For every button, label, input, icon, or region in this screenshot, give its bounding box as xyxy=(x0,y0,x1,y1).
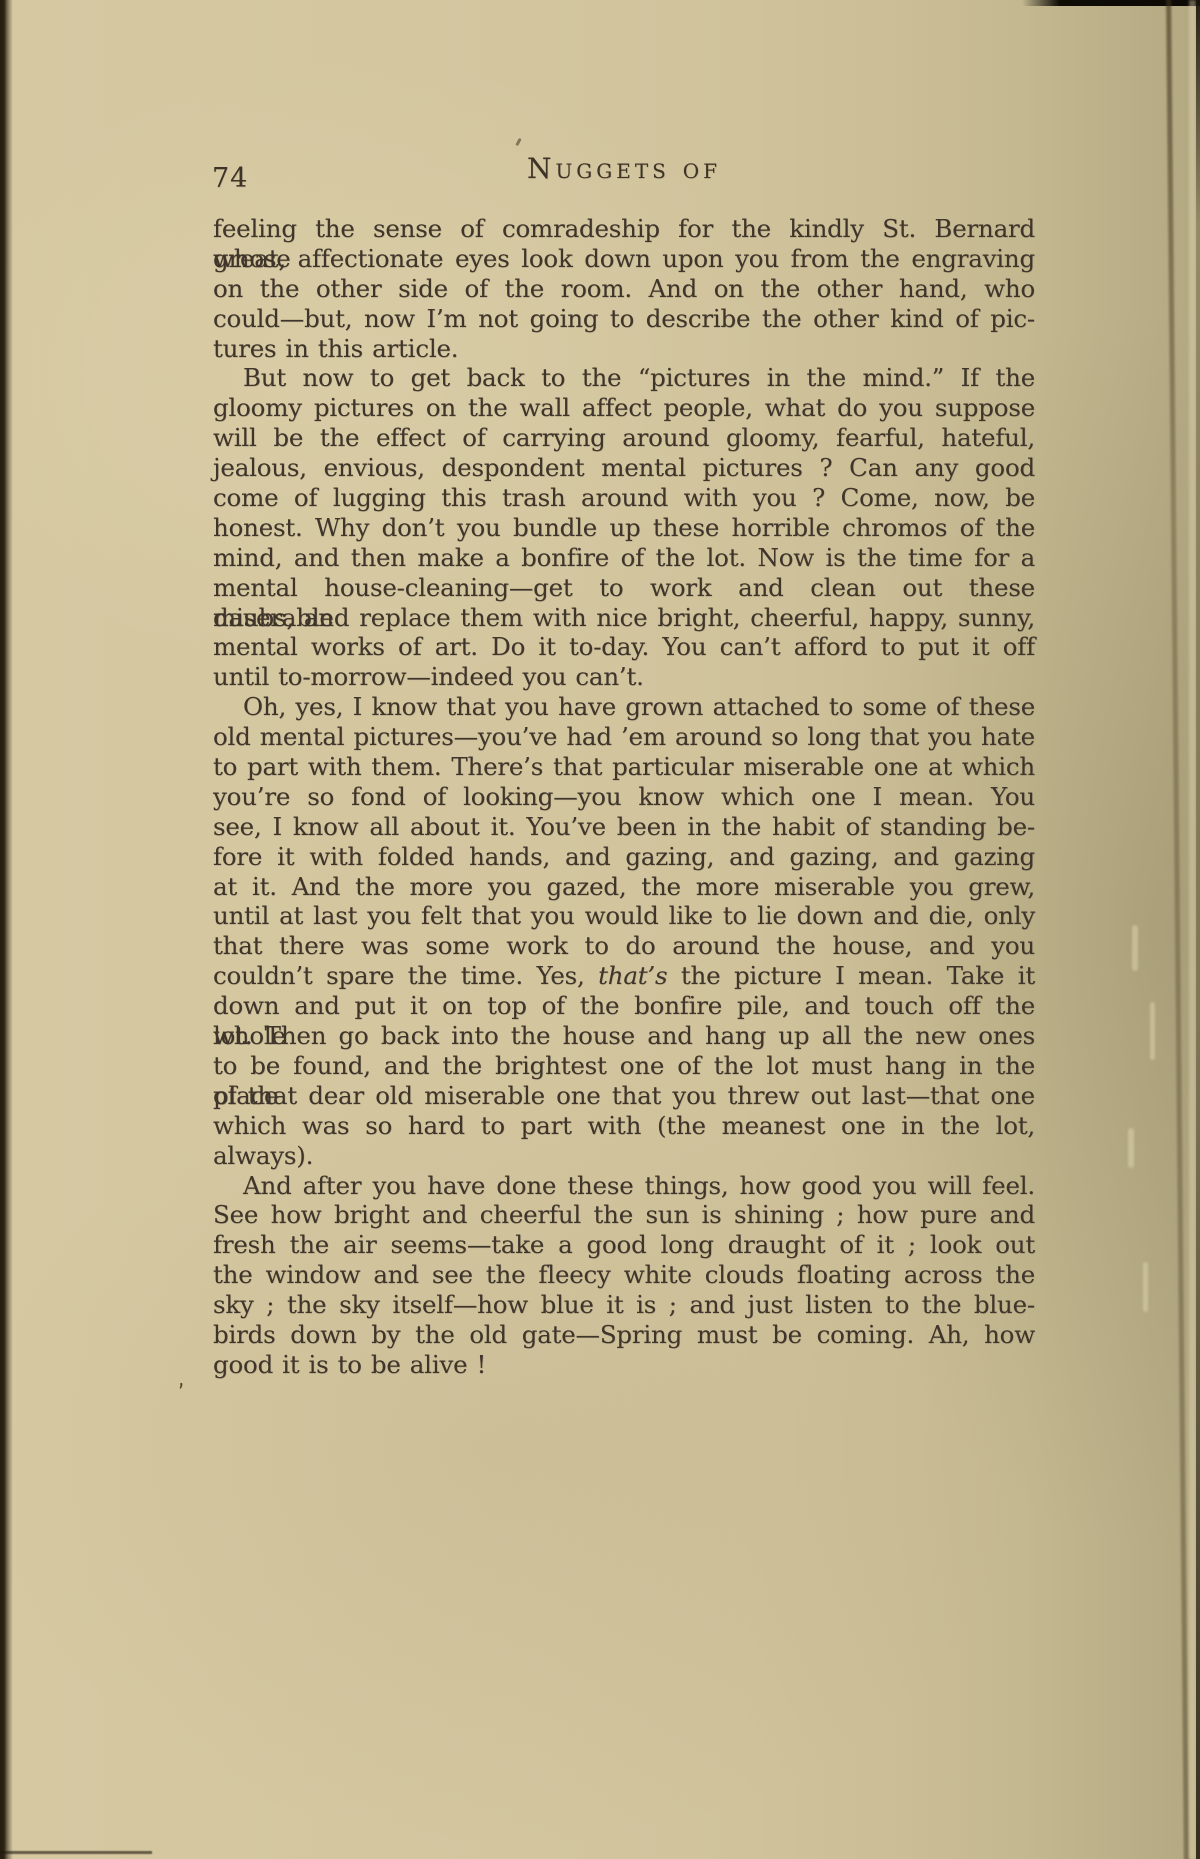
scan-left-edge xyxy=(0,0,13,1859)
book-page-scan: 74 Nuggets of feeling the sense of comra… xyxy=(0,0,1200,1859)
text-line: to part with them. There’s that particul… xyxy=(213,752,1035,782)
paper-fiber-streak xyxy=(1132,925,1138,971)
text-line: gloomy pictures on the wall affect peopl… xyxy=(213,393,1035,423)
text-line: come of lugging this trash around with y… xyxy=(213,483,1035,513)
text-line: until at last you felt that you would li… xyxy=(213,901,1035,931)
text-line: jealous, envious, despondent mental pict… xyxy=(213,453,1035,483)
text-line-with-italic: couldn’t spare the time. Yes, that’s the… xyxy=(213,961,1035,991)
text-line: at it. And the more you gazed, the more … xyxy=(213,872,1035,902)
paper-fiber-streak xyxy=(1143,1262,1148,1312)
text-line: good it is to be alive ! xyxy=(213,1350,1035,1380)
text-line: always). xyxy=(213,1141,1035,1171)
text-line: down and put it on top of the bonfire pi… xyxy=(213,991,1035,1021)
paragraph-1: feeling the sense of comradeship for the… xyxy=(213,214,1035,363)
italic-word: that’s xyxy=(598,961,667,990)
text-line: to be found, and the brightest one of th… xyxy=(213,1051,1035,1081)
paragraph-3: Oh, yes, I know that you have grown atta… xyxy=(213,692,1035,1170)
book-fore-edge xyxy=(1196,0,1200,1859)
text-line: see, I know all about it. You’ve been in… xyxy=(213,812,1035,842)
paragraph-2: But now to get back to the “pictures in … xyxy=(213,363,1035,692)
text-line: on the other side of the room. And on th… xyxy=(213,274,1035,304)
text-line: old mental pictures—you’ve had ’em aroun… xyxy=(213,722,1035,752)
text-line: great, affectionate eyes look down upon … xyxy=(213,244,1035,274)
text-line: feeling the sense of comradeship for the… xyxy=(213,214,1035,244)
text-line: of that dear old miserable one that you … xyxy=(213,1081,1035,1111)
text-line: the window and see the fleecy white clou… xyxy=(213,1260,1035,1290)
text-line: See how bright and cheerful the sun is s… xyxy=(213,1200,1035,1230)
text-line: And after you have done these things, ho… xyxy=(213,1171,1035,1201)
text-line: mind, and then make a bonfire of the lot… xyxy=(213,543,1035,573)
text-line: birds down by the old gate—Spring must b… xyxy=(213,1320,1035,1350)
text-line: sky ; the sky itself—how blue it is ; an… xyxy=(213,1290,1035,1320)
text-line: until to-morrow—indeed you can’t. xyxy=(213,662,1035,692)
text-line: could—but, now I’m not going to describe… xyxy=(213,304,1035,334)
ink-mark: ’ xyxy=(176,1380,188,1406)
scan-top-edge xyxy=(1022,0,1200,6)
paper-speck xyxy=(515,138,521,146)
text-line: Oh, yes, I know that you have grown atta… xyxy=(213,692,1035,722)
text-line: fore it with folded hands, and gazing, a… xyxy=(213,842,1035,872)
text-line: But now to get back to the “pictures in … xyxy=(213,363,1035,393)
text-line: you’re so fond of looking—you know which… xyxy=(213,782,1035,812)
text-segment: the picture I mean. Take it xyxy=(667,961,1035,990)
text-line: lot. Then go back into the house and han… xyxy=(213,1021,1035,1051)
page-edge-highlight xyxy=(1189,0,1196,1859)
paper-fiber-streak xyxy=(1150,1002,1155,1060)
text-line: which was so hard to part with (the mean… xyxy=(213,1111,1035,1141)
text-line: tures in this article. xyxy=(213,334,1035,364)
text-line: that there was some work to do around th… xyxy=(213,931,1035,961)
paragraph-4: And after you have done these things, ho… xyxy=(213,1171,1035,1380)
text-line: mental house-cleaning—get to work and cl… xyxy=(213,573,1035,603)
running-header: Nuggets of xyxy=(213,152,1035,185)
text-line: fresh the air seems—take a good long dra… xyxy=(213,1230,1035,1260)
page-crease xyxy=(1166,0,1189,1859)
text-line: mental works of art. Do it to-day. You c… xyxy=(213,632,1035,662)
text-line: honest. Why don’t you bundle up these ho… xyxy=(213,513,1035,543)
paper-fiber-streak xyxy=(1128,1128,1134,1168)
text-line: will be the effect of carrying around gl… xyxy=(213,423,1035,453)
text-segment: couldn’t spare the time. Yes, xyxy=(213,961,598,990)
page-body: feeling the sense of comradeship for the… xyxy=(213,214,1035,1380)
scan-bottom-edge xyxy=(0,1851,152,1854)
text-line: daubs, and replace them with nice bright… xyxy=(213,603,1035,633)
